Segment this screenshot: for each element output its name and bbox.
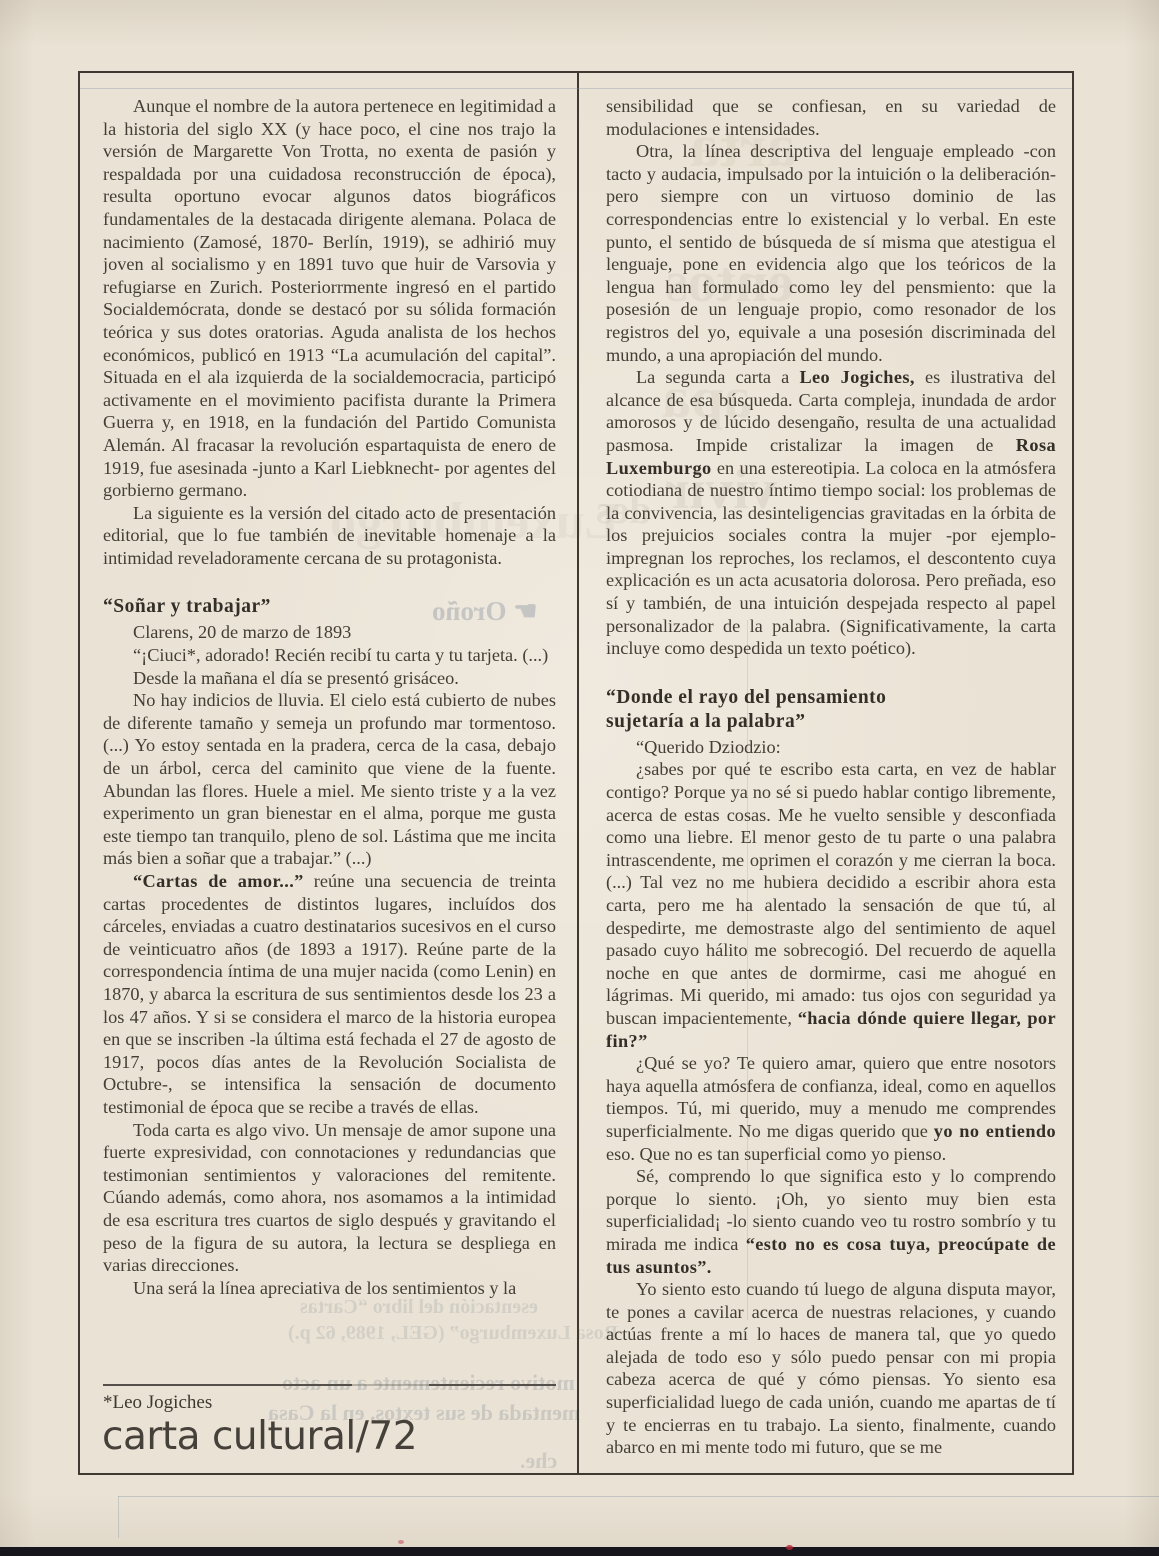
paragraph: Otra, la línea descriptiva del lenguaje …	[606, 140, 1056, 366]
paragraph: Una será la línea apreciativa de los sen…	[103, 1277, 556, 1300]
paragraph: “Querido Dziodzio:	[606, 736, 1056, 759]
bold-phrase: “esto no es cosa tuya, preocúpate de tus…	[606, 1234, 1056, 1277]
paragraph: Desde la mañana el día se presentó grisá…	[103, 667, 556, 690]
scan-artifact-line	[80, 88, 1072, 89]
section-heading: “Soñar y trabajar”	[103, 595, 556, 619]
bold-phrase: “hacia dónde quiere llegar, por fin?”	[606, 1008, 1056, 1051]
paragraph: La segunda carta a Leo Jogiches, es ilus…	[606, 366, 1056, 660]
paragraph: No hay indicios de lluvia. El cielo está…	[103, 689, 556, 870]
paragraph: “¡Ciuci*, adorado! Recién recibí tu cart…	[103, 644, 556, 667]
paragraph: Sé, comprendo lo que significa esto y lo…	[606, 1165, 1056, 1278]
bold-phrase: yo no entiendo	[934, 1121, 1056, 1141]
paragraph: Yo siento esto cuando tú luego de alguna…	[606, 1278, 1056, 1459]
paragraph: Aunque el nombre de la autora pertenece …	[103, 95, 556, 502]
magazine-logo: carta cultural/72	[102, 1414, 572, 1459]
ghost-frame-line	[118, 1496, 119, 1538]
column-divider	[577, 71, 579, 1475]
paragraph: Toda carta es algo vivo. Un mensaje de a…	[103, 1119, 556, 1277]
red-ink-speck	[398, 1540, 404, 1544]
paragraph: sensibilidad que se confiesan, en su var…	[606, 95, 1056, 140]
bold-phrase: Leo Jogiches,	[799, 367, 914, 387]
bold-phrase: Rosa Luxemburgo	[606, 435, 1056, 478]
paragraph: ¿sabes por qué te escribo esta carta, en…	[606, 758, 1056, 1052]
bold-phrase: “Cartas de amor...”	[133, 871, 304, 891]
paragraph: “Cartas de amor...” reúne una secuencia …	[103, 870, 556, 1119]
scan-bottom-bar	[0, 1547, 1159, 1556]
section-heading: “Donde el rayo del pensamientosujetaría …	[606, 686, 1056, 734]
footnote-rule	[103, 1384, 556, 1386]
footnote: *Leo Jogiches	[103, 1392, 556, 1414]
paragraph: ¿Qué se yo? Te quiero amar, quiero que e…	[606, 1052, 1056, 1165]
paragraph: La siguiente es la versión del citado ac…	[103, 502, 556, 570]
left-column: Aunque el nombre de la autora pertenece …	[103, 95, 556, 1375]
right-column: sensibilidad que se confiesan, en su var…	[606, 95, 1056, 1467]
magazine-page: { "page": { "background_color": "#eae2d4…	[0, 0, 1159, 1556]
ghost-frame-line	[118, 1496, 1159, 1497]
red-ink-speck	[786, 1545, 793, 1550]
paragraph: Clarens, 20 de marzo de 1893	[103, 621, 556, 644]
